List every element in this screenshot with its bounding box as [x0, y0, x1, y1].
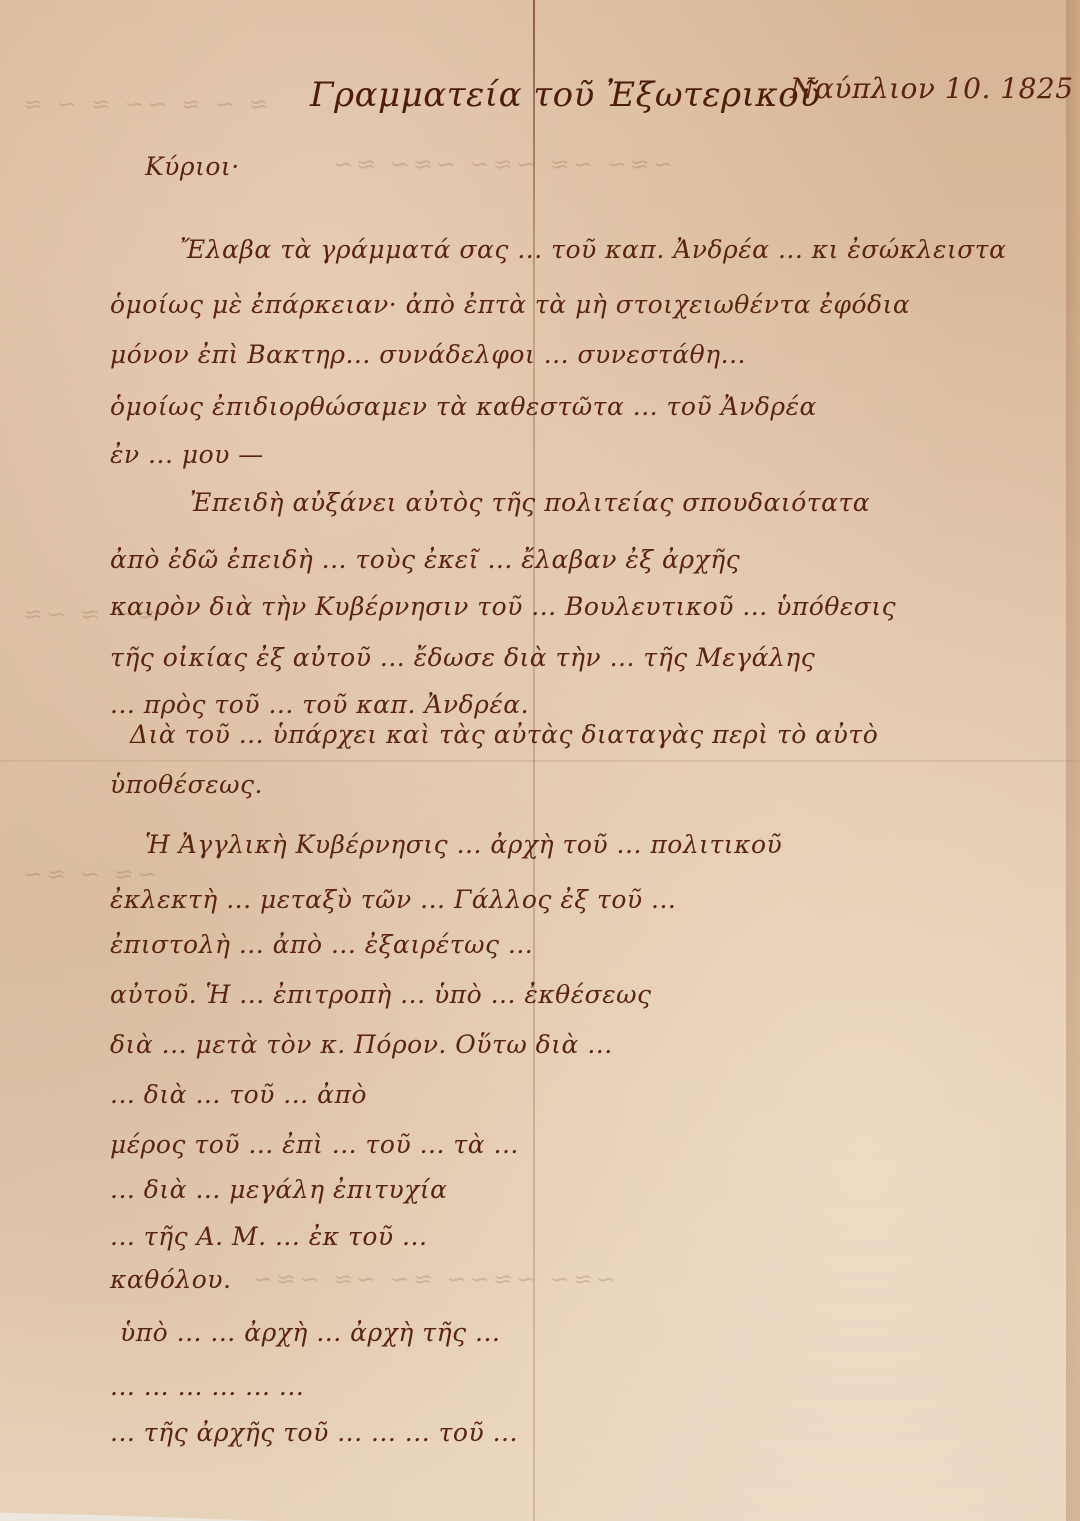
text-line: αὐτοῦ. Ἡ ... ἐπιτροπὴ ... ὑπὸ ... ἐκθέσε… — [110, 980, 652, 1009]
text-line: ... τῆς Α. Μ. ... ἐκ τοῦ ... — [110, 1222, 427, 1251]
text-line: ... ... ... ... ... ... — [110, 1372, 304, 1401]
paper-torn-corner — [0, 1507, 1080, 1521]
text-line: καιρὸν διὰ τὴν Κυβέρνησιν τοῦ ... Βουλευ… — [110, 592, 896, 621]
letter-heading: Γραμματεία τοῦ Ἐξωτερικοῦ — [310, 75, 820, 115]
text-line: ὑπὸ ... ... ἀρχὴ ... ἀρχὴ τῆς ... — [120, 1318, 500, 1347]
text-line: ὁμοίως ἐπιδιορθώσαμεν τὰ καθεστῶτα ... τ… — [110, 392, 817, 421]
text-line: Διὰ τοῦ ... ὑπάρχει καὶ τὰς αὐτὰς διαταγ… — [130, 720, 878, 749]
text-line: ἐκλεκτὴ ... μεταξὺ τῶν ... Γάλλος ἐξ τοῦ… — [110, 885, 676, 914]
text-line: ἐπιστολὴ ... ἀπὸ ... ἐξαιρέτως ... — [110, 930, 533, 959]
bleed-through-text: ∼≈∼ ∼≈∼∼ ≈∼ ∼≈ ∼≈∼ — [250, 1265, 616, 1293]
text-line: Ἔλαβα τὰ γράμματά σας ... τοῦ καπ. Ἀνδρέ… — [180, 235, 1007, 264]
letter-place-date: Ναύπλιον 10. 1825 — [790, 72, 1074, 105]
text-line: ὑποθέσεως. — [110, 770, 263, 799]
bleed-through-text: ∼≈ ∼ ≈∼ — [20, 860, 157, 888]
text-line: ... διὰ ... μεγάλη ἐπιτυχία — [110, 1175, 448, 1204]
salutation: Κύριοι· — [145, 152, 240, 181]
bleed-through-text: ∼≈∼ ∼≈ ∼≈∼ ∼≈∼ ≈∼ — [330, 150, 673, 178]
text-line: Ἡ Ἀγγλικὴ Κυβέρνησις ... ἀρχὴ τοῦ ... πο… — [145, 830, 782, 859]
text-line: ὁμοίως μὲ ἐπάρκειαν· ἀπὸ ἐπτὰ τὰ μὴ στοι… — [110, 290, 910, 319]
bleed-through-text: ≈ ∼ ≈ ∼∼ ≈ ∼ ≈ — [20, 90, 269, 118]
text-line: μόνον ἐπὶ Βακτηρ... συνάδελφοι ... συνεσ… — [110, 340, 746, 369]
text-line: ... πρὸς τοῦ ... τοῦ καπ. Ἀνδρέα. — [110, 690, 529, 719]
paper-right-edge — [1066, 0, 1080, 1521]
text-line: τῆς οἰκίας ἐξ αὐτοῦ ... ἔδωσε διὰ τὴν ..… — [110, 643, 815, 672]
horizontal-fold-line — [0, 760, 1080, 762]
text-line: ... τῆς ἀρχῆς τοῦ ... ... ... τοῦ ... — [110, 1418, 518, 1447]
text-line: ἐν ... μου — — [110, 440, 264, 469]
text-line: Ἐπειδὴ αὐξάνει αὐτὸς τῆς πολιτείας σπουδ… — [190, 488, 870, 517]
text-line: καθόλου. — [110, 1265, 231, 1294]
text-line: διὰ ... μετὰ τὸν κ. Πόρον. Οὕτω διὰ ... — [110, 1030, 613, 1059]
manuscript-page: ≈ ∼ ≈ ∼∼ ≈ ∼ ≈ ∼≈∼ ∼≈ ∼≈∼ ∼≈∼ ≈∼ ≈∼ ≈ ∼≈… — [0, 0, 1080, 1521]
text-line: ... διὰ ... τοῦ ... ἀπὸ — [110, 1080, 367, 1109]
text-line: ἀπὸ ἐδῶ ἐπειδὴ ... τοὺς ἐκεῖ ... ἔλαβαν … — [110, 545, 740, 574]
text-line: μέρος τοῦ ... ἐπὶ ... τοῦ ... τὰ ... — [110, 1130, 519, 1159]
